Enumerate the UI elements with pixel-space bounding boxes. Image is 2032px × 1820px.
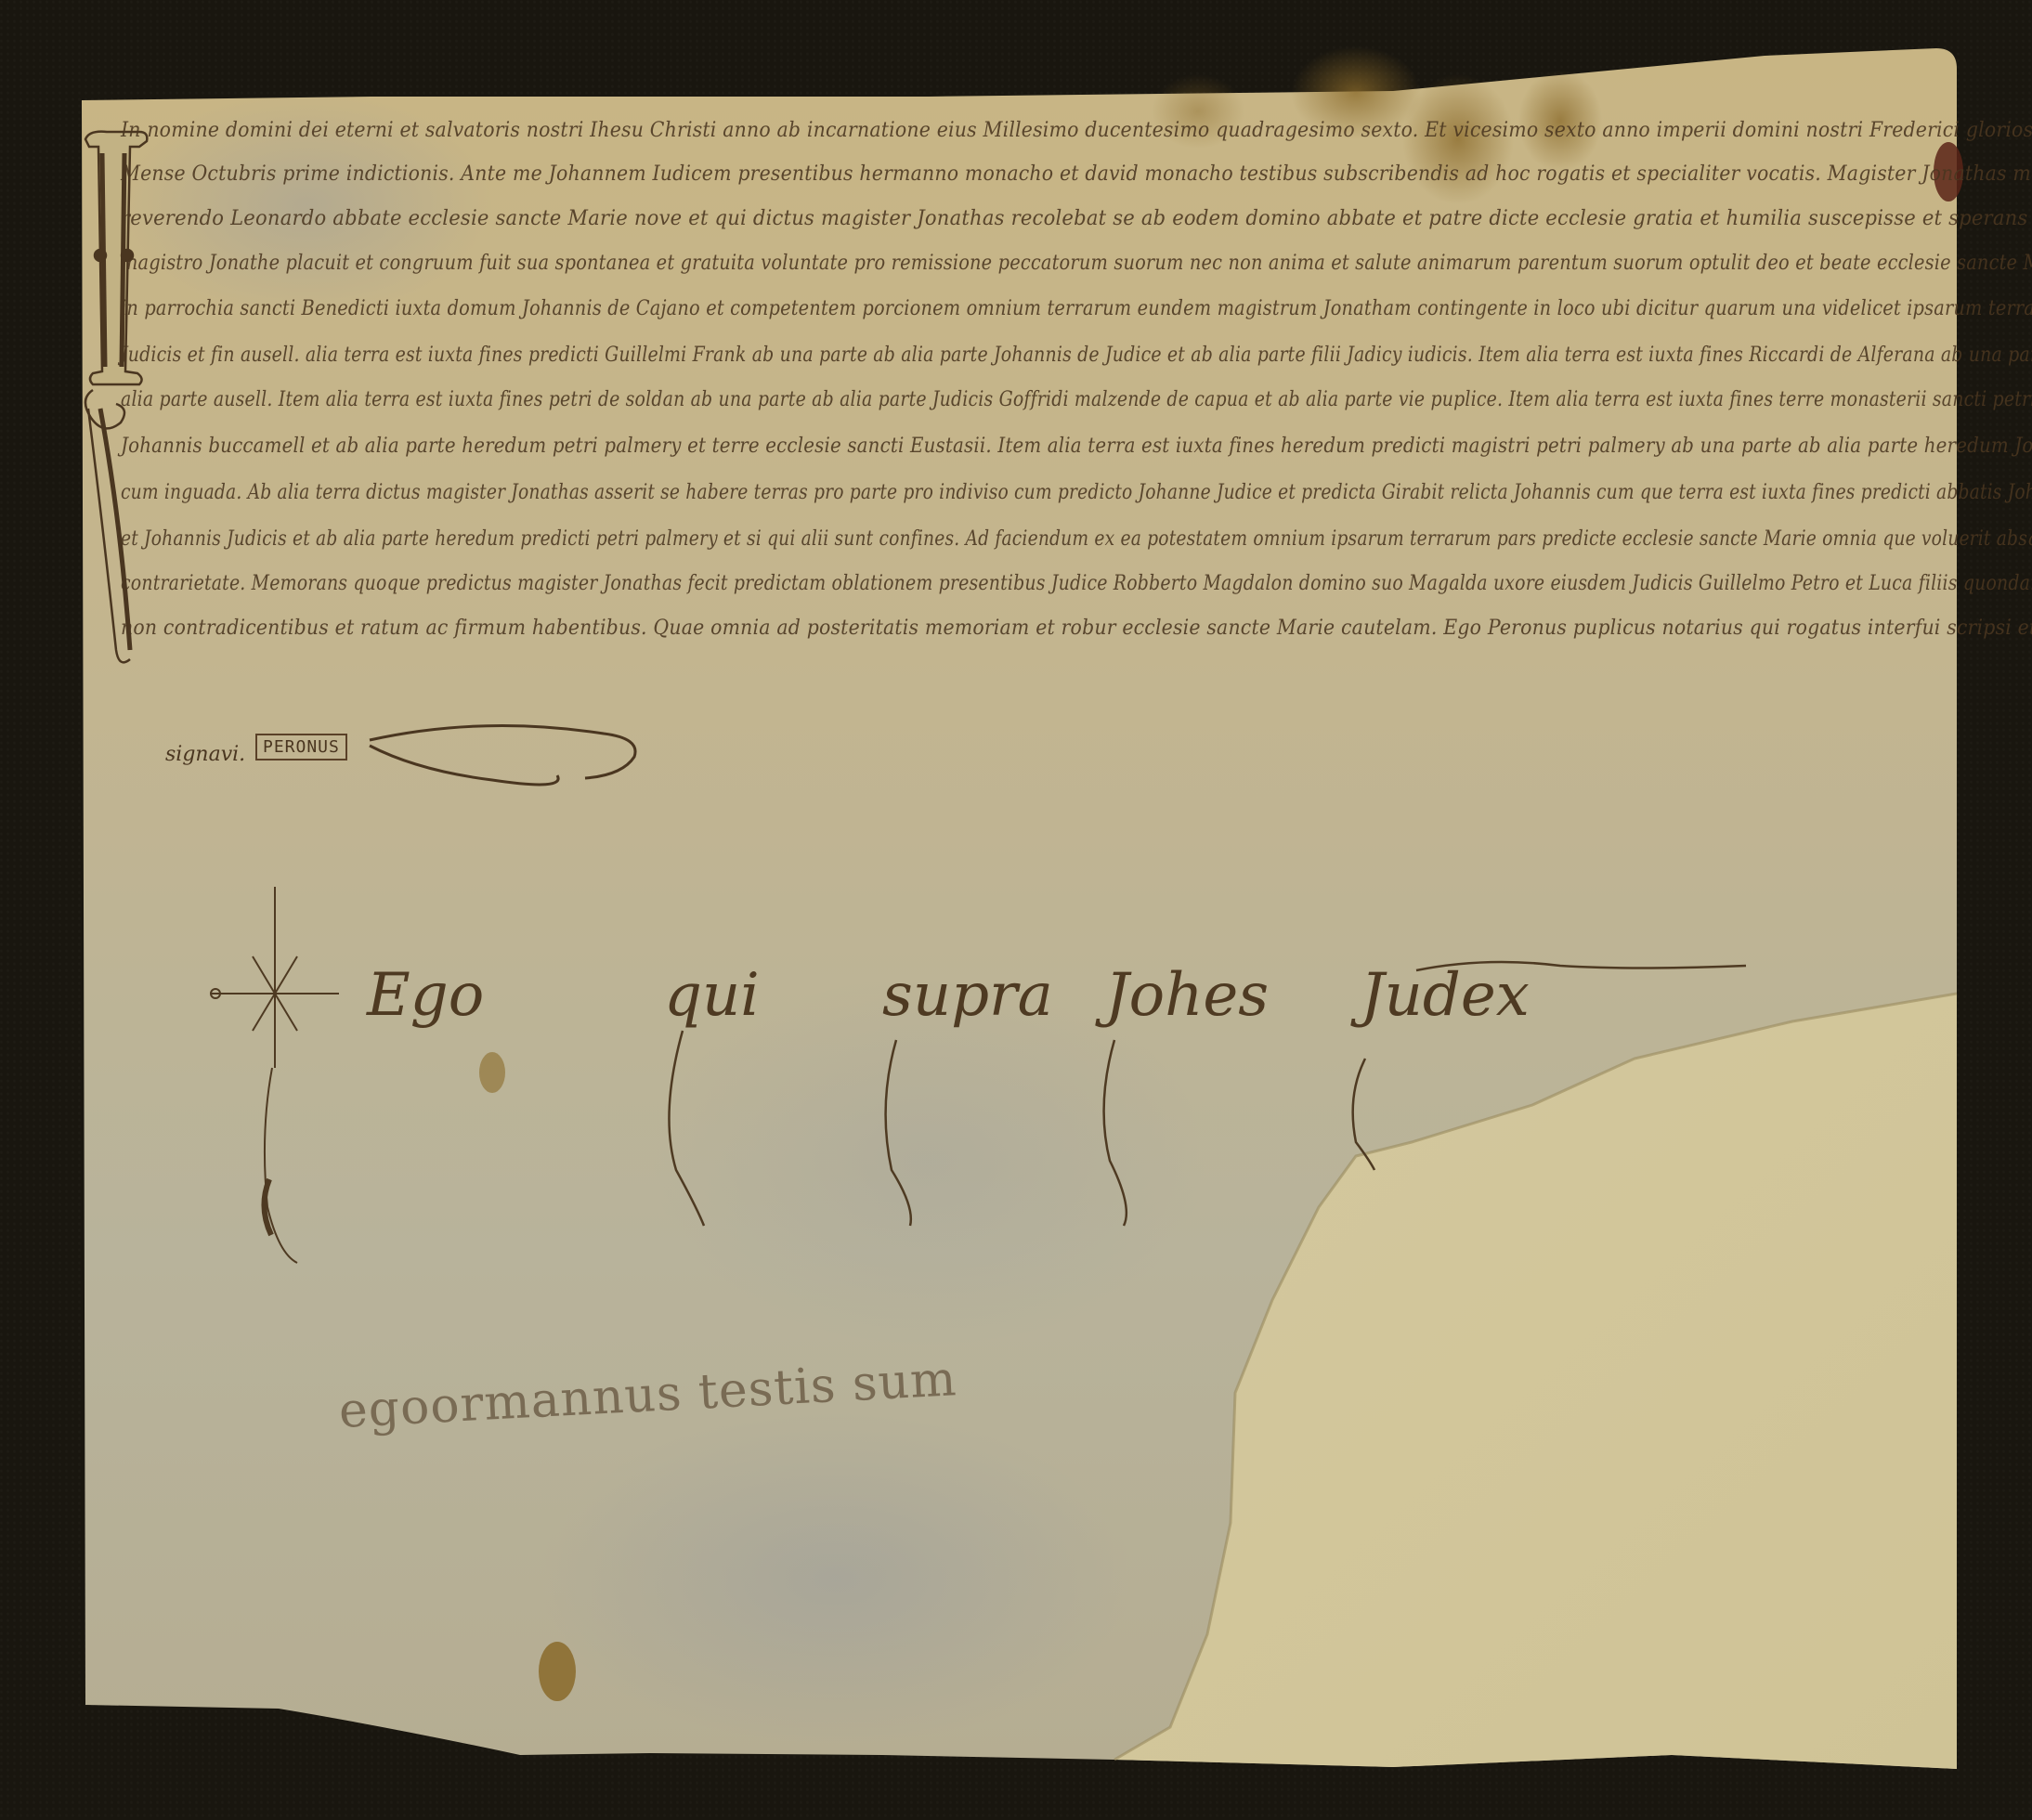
signature-johes: Johes — [1105, 961, 1269, 1030]
signature-qui: qui — [664, 961, 760, 1030]
notary-seal: PERONUS — [255, 734, 347, 760]
notary-signavi: signavi. — [165, 743, 245, 766]
text-line: Mense Octubris prime indictionis. Ante m… — [121, 162, 2032, 186]
signature-supra: supra — [882, 961, 1053, 1030]
text-line: reverendo Leonardo abbate ecclesie sanct… — [121, 207, 2032, 230]
text-line: In nomine domini dei eterni et salvatori… — [121, 119, 2032, 142]
signature-judex: Judex — [1361, 961, 1530, 1030]
text-line: in parrochia sancti Benedicti iuxta domu… — [121, 297, 2032, 320]
text-line: Johannis buccamell et ab alia parte here… — [121, 435, 2032, 458]
text-line: Judicis et fin ausell. alia terra est iu… — [121, 344, 2032, 367]
text-line: alia parte ausell. Item alia terra est i… — [121, 388, 2032, 411]
text-line: non contradicentibus et ratum ac firmum … — [121, 617, 2032, 640]
text-line: contrarietate. Memorans quoque predictus… — [121, 572, 2032, 595]
text-line: et Johannis Judicis et ab alia parte her… — [121, 527, 2032, 551]
signature-ego: Ego — [367, 961, 484, 1030]
text-line: cum inguada. Ab alia terra dictus magist… — [121, 481, 2032, 504]
text-line: magistro Jonathe placuit et congruum fui… — [121, 252, 2032, 275]
